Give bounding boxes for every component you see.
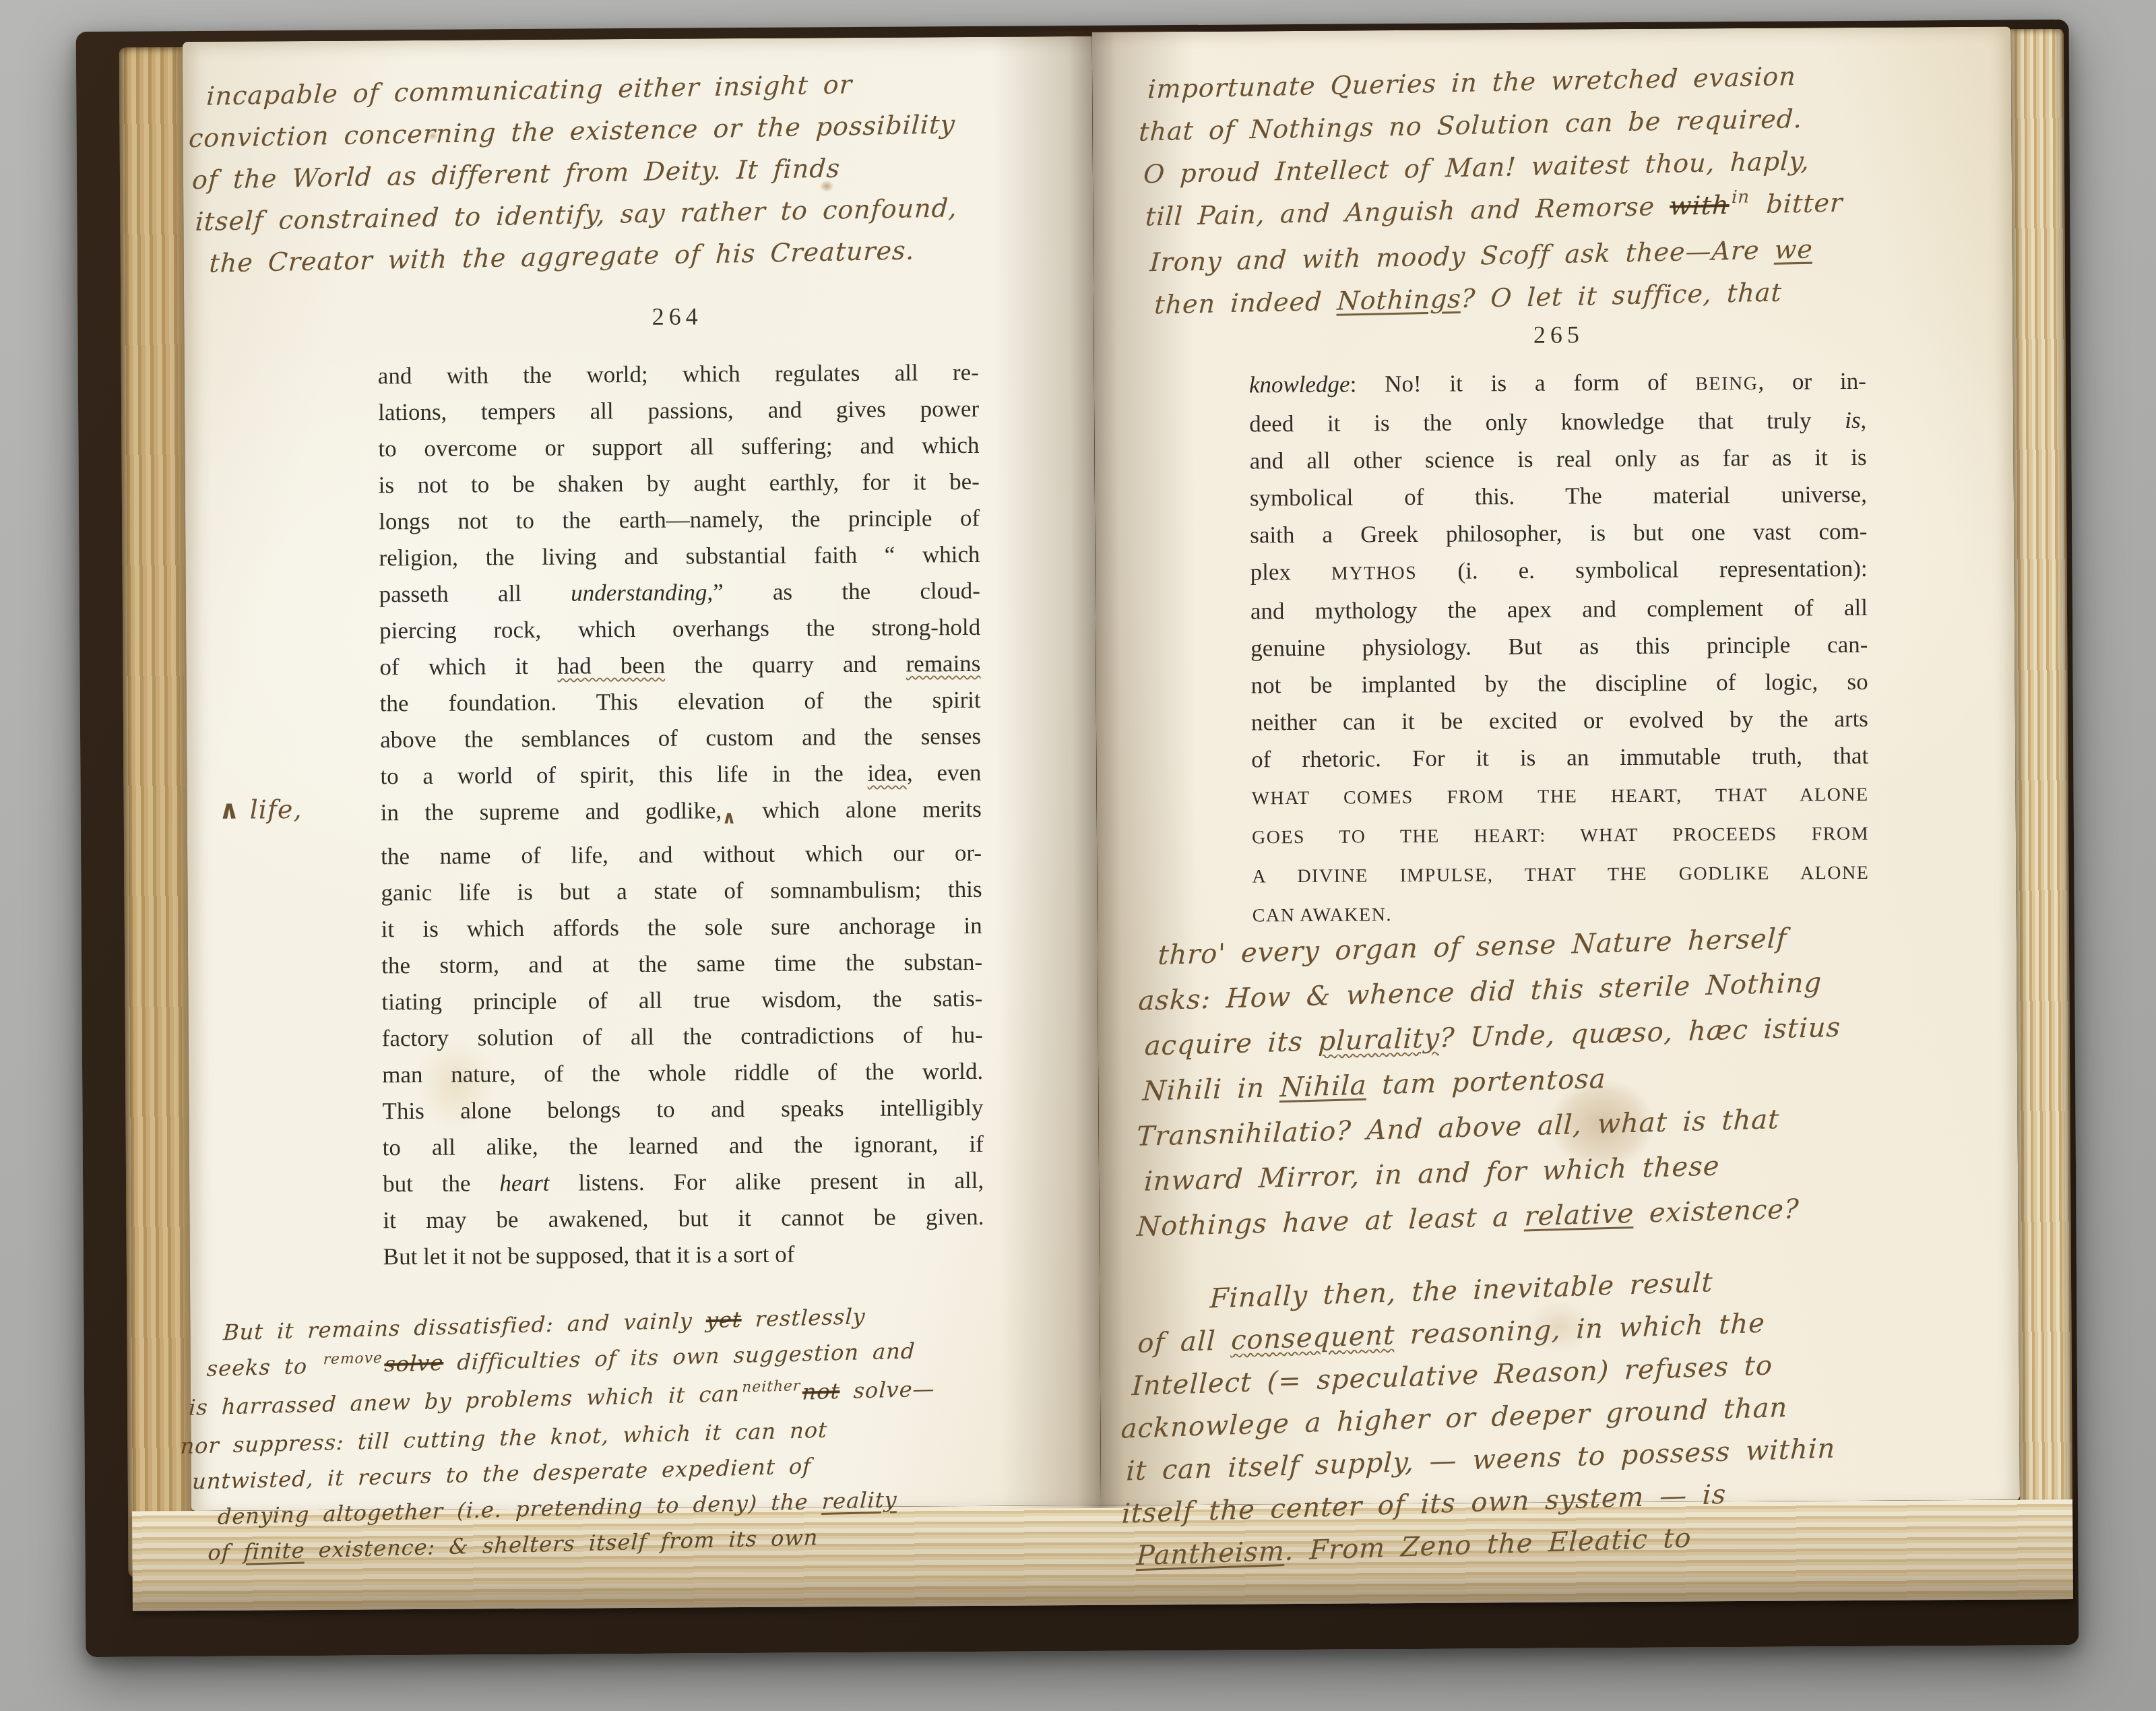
page-number-left: 264 bbox=[596, 302, 758, 331]
annotation-bottom-right: Finally then, the inevitable resultof al… bbox=[1135, 1251, 2056, 1578]
text-line: man nature, of the whole riddle of the w… bbox=[382, 1053, 983, 1093]
text-line: tiating principle of all true wisdom, th… bbox=[381, 981, 982, 1020]
printed-text-right: knowledge: No! it is a form of BEING, or… bbox=[1249, 363, 1870, 935]
text-line: plex MYTHOS (i. e. symbolical representa… bbox=[1250, 550, 1867, 593]
text-line: ganic life is but a state of somnambulis… bbox=[381, 871, 982, 911]
text-line: A DIVINE IMPULSE, THAT THE GODLIKE ALONE bbox=[1252, 852, 1869, 896]
printed-text-left: and with the world; which regulates all … bbox=[378, 354, 984, 1275]
text-line: to all alike, the learned and the ignora… bbox=[383, 1126, 984, 1166]
text-line: of rhetoric. For it is an immutable trut… bbox=[1251, 737, 1868, 778]
margin-note-life: ∧life, bbox=[219, 796, 303, 823]
text-line: and all other science is real only as fa… bbox=[1249, 439, 1866, 480]
text-line: symbolical of this. The material univers… bbox=[1250, 476, 1867, 517]
insertion-caret-icon: ∧ bbox=[219, 797, 241, 823]
text-line: is not to be shaken by aught earthly, fo… bbox=[379, 464, 980, 503]
text-line: passeth all understanding,” as the cloud… bbox=[379, 573, 980, 613]
text-line: GOES TO THE HEART: WHAT PROCEEDS FROM bbox=[1252, 813, 1869, 857]
annotation-top-left: incapable of communicating either insigh… bbox=[187, 59, 1114, 284]
text-line: longs not to the earth—namely, the princ… bbox=[379, 500, 980, 540]
text-line: religion, the living and substantial fai… bbox=[379, 536, 980, 576]
text-line: above the semblances of custom and the s… bbox=[380, 718, 981, 758]
text-line: But let it not be supposed, that it is a… bbox=[383, 1235, 984, 1275]
text-line: piercing rock, which overhangs the stron… bbox=[379, 609, 980, 649]
annotation-top-right: importunate Queries in the wretched evas… bbox=[1136, 50, 2052, 326]
text-line: the storm, and at the same time the subs… bbox=[381, 944, 982, 984]
text-line: but the heart listens. For alike present… bbox=[383, 1162, 984, 1202]
text-line: This alone belongs to and speaks intelli… bbox=[382, 1090, 983, 1129]
text-line: WHAT COMES FROM THE HEART, THAT ALONE bbox=[1251, 774, 1868, 817]
page-number-right: 265 bbox=[1478, 320, 1639, 349]
text-line: genuine physiology. But as this principl… bbox=[1250, 626, 1868, 667]
text-line: of which it had been the quarry and rema… bbox=[379, 646, 980, 685]
book: incapable of communicating either insigh… bbox=[76, 20, 2079, 1657]
page-edge-left bbox=[119, 47, 193, 1578]
text-line: in the supreme and godlike,∧ which alone… bbox=[381, 791, 982, 838]
text-line: factory solution of all the contradictio… bbox=[382, 1017, 983, 1057]
text-line: and with the world; which regulates all … bbox=[378, 354, 979, 394]
text-line: it may be awakened, but it cannot be giv… bbox=[383, 1199, 984, 1239]
text-line: to a world of spirit, this life in the i… bbox=[380, 755, 981, 795]
annotation-bottom-left: But it remains dissatisfied: and vainly … bbox=[197, 1292, 1138, 1571]
text-line: to overcome or support all suffering; an… bbox=[378, 427, 979, 467]
margin-note-text: life, bbox=[249, 795, 302, 824]
annotation-middle-right: thro' every organ of sense Nature hersel… bbox=[1136, 909, 2052, 1250]
photo-background: { "palette":{ "background_gray":"#adadab… bbox=[0, 0, 2156, 1711]
text-line: not be implanted by the discipline of lo… bbox=[1250, 663, 1868, 704]
text-line: knowledge: No! it is a form of BEING, or… bbox=[1249, 363, 1866, 406]
text-line: the foundation. This elevation of the sp… bbox=[380, 682, 981, 722]
text-line: and mythology the apex and complement of… bbox=[1250, 589, 1868, 630]
text-line: it is which affords the sole sure anchor… bbox=[381, 908, 982, 947]
text-line: neither can it be excited or evolved by … bbox=[1251, 700, 1868, 741]
text-line: lations, tempers all passions, and gives… bbox=[378, 391, 979, 431]
text-line: the name of life, and without which our … bbox=[381, 835, 982, 875]
text-line: saith a Greek philosopher, is but one va… bbox=[1250, 513, 1867, 554]
text-line: deed it is the only knowledge that truly… bbox=[1249, 402, 1866, 443]
